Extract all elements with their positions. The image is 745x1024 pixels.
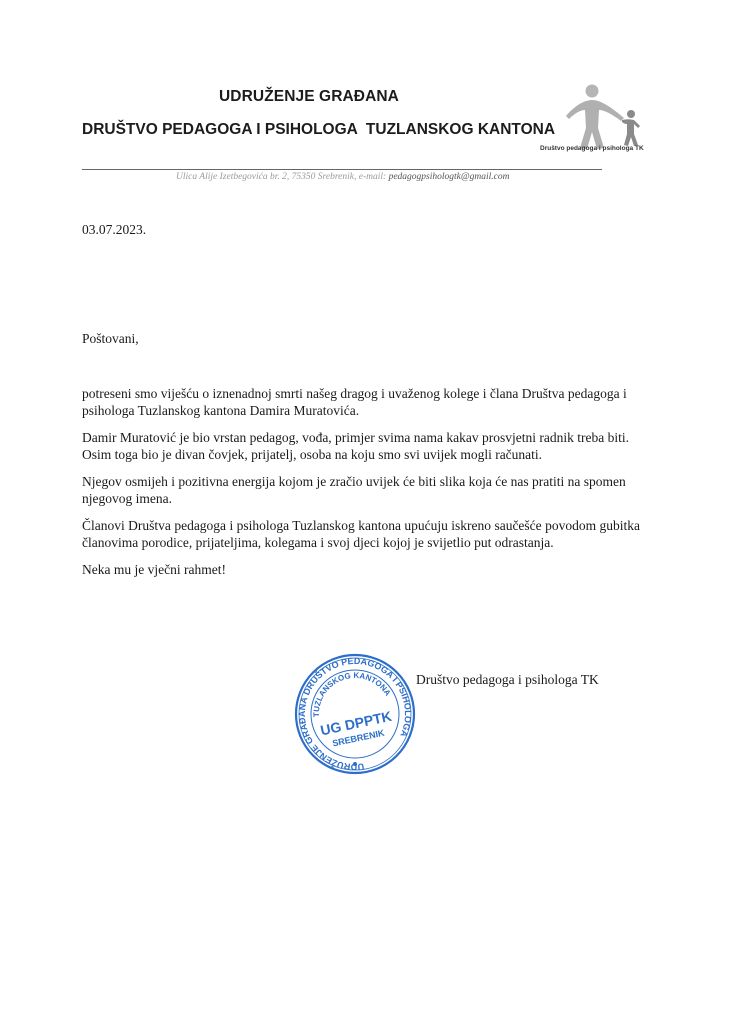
adult-and-child-holding-hands-icon	[552, 82, 652, 152]
letter-date: 03.07.2023.	[82, 222, 146, 238]
letterhead-address: Ulica Alije Izetbegovića br. 2, 75350 Sr…	[176, 172, 509, 182]
stamp-outer-ring-text: UDRUŽENJE GRAĐANA DRUŠTVO PEDAGOGA I PSI…	[293, 652, 417, 776]
svg-text:UDRUŽENJE GRAĐANA DRUŠTVO PEDA: UDRUŽENJE GRAĐANA DRUŠTVO PEDAGOGA I PSI…	[293, 652, 417, 776]
signature-text: Društvo pedagoga i psihologa TK	[416, 672, 599, 688]
email-link[interactable]: pedagogpsihologtk@gmail.com	[389, 172, 510, 182]
letter-body: potreseni smo viješću o iznenadnoj smrti…	[82, 385, 640, 588]
paragraph: Damir Muratović je bio vrstan pedagog, v…	[82, 429, 640, 463]
letterhead-title-line1: UDRUŽENJE GRAĐANA	[0, 88, 600, 106]
official-stamp: UDRUŽENJE GRAĐANA DRUŠTVO PEDAGOGA I PSI…	[293, 652, 417, 776]
paragraph: potreseni smo viješću o iznenadnoj smrti…	[82, 385, 640, 419]
paragraph-closing: Neka mu je vječni rahmet!	[82, 561, 640, 578]
paragraph: Članovi Društva pedagoga i psihologa Tuz…	[82, 517, 640, 551]
letterhead-title-line2: DRUŠTVO PEDAGOGA I PSIHOLOGA TUZLANSKOG …	[82, 121, 555, 139]
letterhead-association-text: UDRUŽENJE GRAĐANA	[219, 88, 399, 106]
address-text: Ulica Alije Izetbegovića br. 2, 75350 Sr…	[176, 172, 389, 182]
paragraph: Njegov osmijeh i pozitivna energija kojo…	[82, 473, 640, 507]
letterhead-divider	[82, 169, 602, 170]
logo-caption: Društvo pedagoga i psihologa TK	[540, 145, 670, 152]
letter-salutation: Poštovani,	[82, 331, 139, 347]
